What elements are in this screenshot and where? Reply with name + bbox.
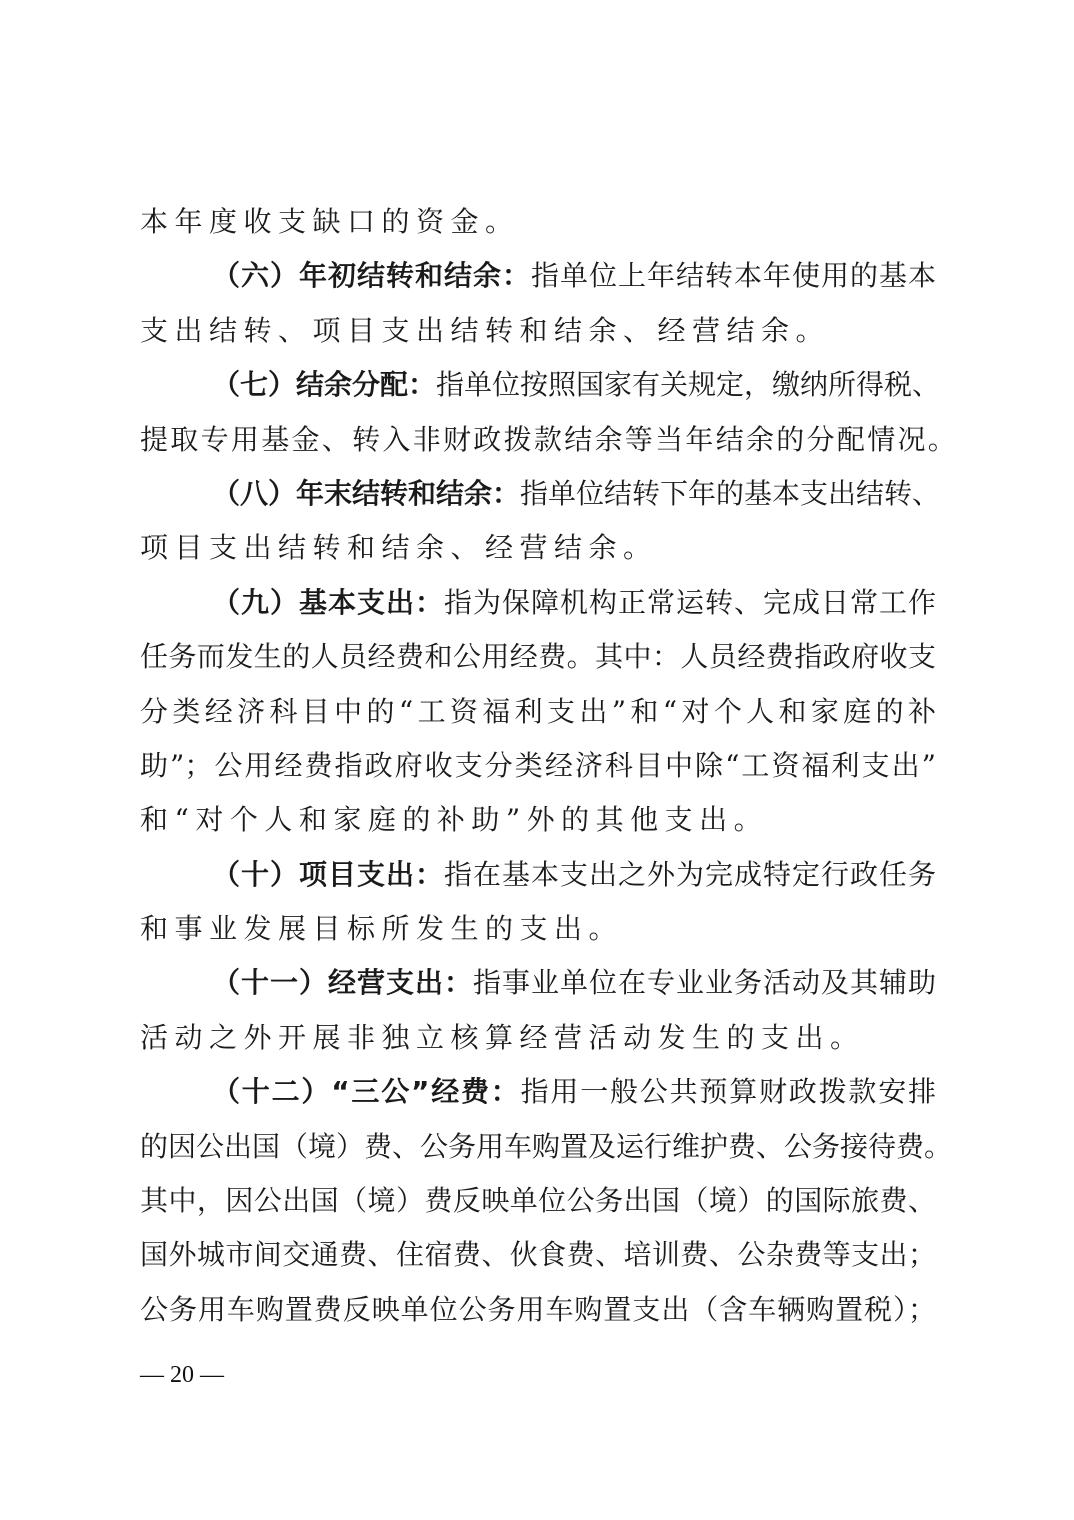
body-line-text: 指事业单位在专业业务活动及其辅助 — [473, 966, 936, 999]
paragraph-9-line-1: （九）基本支出：指为保障机构正常运转、完成日常工作 — [140, 576, 936, 630]
paragraph-10-line-1: （十）项目支出：指在基本支出之外为完成特定行政任务 — [140, 848, 936, 902]
body-line-text: 和事业发展目标所发生的支出。 — [140, 912, 623, 945]
body-line-text: 任务而发生的人员经费和公用经费。其中：人员经费指政府收支 — [140, 640, 936, 673]
section-heading-10: （十）项目支出： — [212, 858, 444, 891]
body-line-text: 分类经济科目中的“工资福利支出”和“对个人和家庭的补 — [140, 695, 936, 728]
body-line-text: 和“对个人和家庭的补助”外的其他支出。 — [140, 803, 768, 836]
body-line-text: 提取专用基金、转入非财政拨款结余等当年结余的分配情况。 — [140, 423, 958, 456]
body-line-text: 指为保障机构正常运转、完成日常工作 — [444, 586, 936, 619]
body-line-text: 指用一般公共预算财政拨款安排 — [521, 1075, 936, 1108]
paragraph-12-line-4: 国外城市间交通费、住宿费、伙食费、培训费、公杂费等支出； — [140, 1228, 936, 1282]
body-line-text: 项目支出结转和结余、经营结余。 — [140, 531, 658, 564]
paragraph-9-line-5: 和“对个人和家庭的补助”外的其他支出。 — [140, 793, 936, 847]
body-line-text: 助”；公用经费指政府收支分类经济科目中除“工资福利支出” — [140, 749, 936, 782]
paragraph-7-line-2: 提取专用基金、转入非财政拨款结余等当年结余的分配情况。 — [140, 413, 936, 467]
section-heading-12: （十二）“三公”经费： — [212, 1075, 521, 1108]
paragraph-continuation-line-1: 本年度收支缺口的资金。 — [140, 195, 936, 249]
body-line-text: 国外城市间交通费、住宿费、伙食费、培训费、公杂费等支出； — [140, 1238, 936, 1271]
paragraph-12-line-3: 其中，因公出国（境）费反映单位公务出国（境）的国际旅费、 — [140, 1174, 936, 1228]
paragraph-10-line-2: 和事业发展目标所发生的支出。 — [140, 902, 936, 956]
body-line-text: 指单位按照国家有关规定，缴纳所得税、 — [436, 368, 940, 401]
paragraph-12-line-5: 公务用车购置费反映单位公务用车购置支出（含车辆购置税）； — [140, 1283, 936, 1337]
paragraph-8-line-2: 项目支出结转和结余、经营结余。 — [140, 521, 936, 575]
section-heading-8: （八）年末结转和结余： — [212, 477, 520, 510]
body-line-text: 本年度收支缺口的资金。 — [140, 205, 520, 238]
paragraph-9-line-4: 助”；公用经费指政府收支分类经济科目中除“工资福利支出” — [140, 739, 936, 793]
section-heading-6: （六）年初结转和结余： — [212, 259, 531, 292]
page-number: — 20 — — [140, 1362, 224, 1389]
paragraph-7-line-1: （七）结余分配：指单位按照国家有关规定，缴纳所得税、 — [140, 358, 936, 412]
paragraph-9-line-2: 任务而发生的人员经费和公用经费。其中：人员经费指政府收支 — [140, 630, 936, 684]
document-page: 本年度收支缺口的资金。 （六）年初结转和结余：指单位上年结转本年使用的基本 支出… — [0, 0, 1074, 1520]
paragraph-11-line-2: 活动之外开展非独立核算经营活动发生的支出。 — [140, 1011, 936, 1065]
paragraph-9-line-3: 分类经济科目中的“工资福利支出”和“对个人和家庭的补 — [140, 685, 936, 739]
body-line-text: 指在基本支出之外为完成特定行政任务 — [444, 858, 936, 891]
body-line-text: 支出结转、项目支出结转和结余、经营结余。 — [140, 314, 830, 347]
section-heading-9: （九）基本支出： — [212, 586, 444, 619]
body-line-text: 指单位上年结转本年使用的基本 — [531, 259, 936, 292]
paragraph-6-line-1: （六）年初结转和结余：指单位上年结转本年使用的基本 — [140, 249, 936, 303]
section-heading-11: （十一）经营支出： — [212, 966, 473, 999]
body-line-text: 其中，因公出国（境）费反映单位公务出国（境）的国际旅费、 — [140, 1184, 936, 1217]
paragraph-8-line-1: （八）年末结转和结余：指单位结转下年的基本支出结转、 — [140, 467, 936, 521]
body-line-text: 活动之外开展非独立核算经营活动发生的支出。 — [140, 1021, 865, 1054]
section-heading-7: （七）结余分配： — [212, 368, 436, 401]
body-text: 本年度收支缺口的资金。 （六）年初结转和结余：指单位上年结转本年使用的基本 支出… — [140, 195, 936, 1337]
paragraph-12-line-2: 的因公出国（境）费、公务用车购置及运行维护费、公务接待费。 — [140, 1120, 936, 1174]
paragraph-6-line-2: 支出结转、项目支出结转和结余、经营结余。 — [140, 304, 936, 358]
body-line-text: 的因公出国（境）费、公务用车购置及运行维护费、公务接待费。 — [140, 1130, 952, 1163]
body-line-text: 指单位结转下年的基本支出结转、 — [520, 477, 940, 510]
body-line-text: 公务用车购置费反映单位公务用车购置支出（含车辆购置税）； — [140, 1293, 936, 1326]
paragraph-12-line-1: （十二）“三公”经费：指用一般公共预算财政拨款安排 — [140, 1065, 936, 1119]
paragraph-11-line-1: （十一）经营支出：指事业单位在专业业务活动及其辅助 — [140, 956, 936, 1010]
